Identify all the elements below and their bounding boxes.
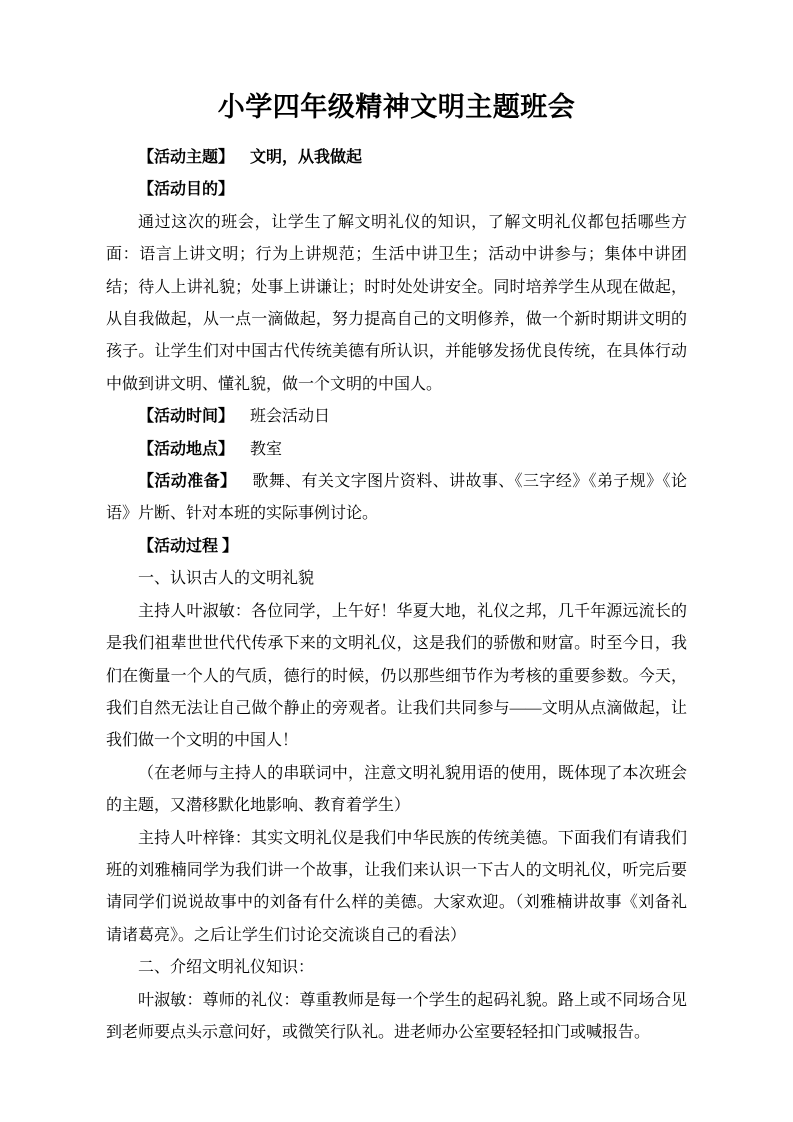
paragraph-part-one-title: 一、认识古人的文明礼貌 [106, 563, 687, 595]
section-label: 【活动地点】 [138, 441, 234, 458]
section-activity-time: 【活动时间】班会活动日 [106, 401, 687, 433]
section-activity-place: 【活动地点】教室 [106, 434, 687, 466]
document-page: 小学四年级精神文明主题班会 【活动主题】文明，从我做起 【活动目的】 通过这次的… [0, 0, 793, 1122]
section-activity-theme: 【活动主题】文明，从我做起 [106, 142, 687, 174]
paragraph-respect-teacher-etiquette: 叶淑敏：尊师的礼仪：尊重教师是每一个学生的起码礼貌。路上或不同场合见到老师要点头… [106, 985, 687, 1050]
paragraph-host-ye-zifeng-story: 主持人叶梓锋：其实文明礼仪是我们中华民族的传统美德。下面我们有请我们班的刘雅楠同… [106, 823, 687, 953]
section-activity-preparation: 【活动准备】歌舞、有关文字图片资料、讲故事、《三字经》《弟子规》《论语》片断、针… [106, 466, 687, 531]
section-label: 【活动主题】 [138, 149, 234, 166]
section-label: 【活动准备】 [138, 473, 236, 490]
section-value: 教室 [250, 441, 282, 458]
section-label: 【活动时间】 [138, 408, 234, 425]
section-heading-activity-purpose: 【活动目的】 [106, 174, 687, 206]
section-value: 班会活动日 [250, 408, 330, 425]
paragraph-teacher-note: （在老师与主持人的串联词中，注意文明礼貌用语的使用，既体现了本次班会的主题，又潜… [106, 758, 687, 823]
section-value: 文明，从我做起 [250, 149, 362, 166]
section-heading-activity-process: 【活动过程 】 [106, 531, 687, 563]
paragraph-host-ye-shumin-opening: 主持人叶淑敏：各位同学，上午好！华夏大地，礼仪之邦，几千年源远流长的是我们祖辈世… [106, 596, 687, 758]
document-title: 小学四年级精神文明主题班会 [106, 86, 687, 128]
paragraph-part-two-title: 二、介绍文明礼仪知识： [106, 952, 687, 984]
paragraph-activity-purpose: 通过这次的班会，让学生了解文明礼仪的知识，了解文明礼仪都包括哪些方面：语言上讲文… [106, 207, 687, 401]
